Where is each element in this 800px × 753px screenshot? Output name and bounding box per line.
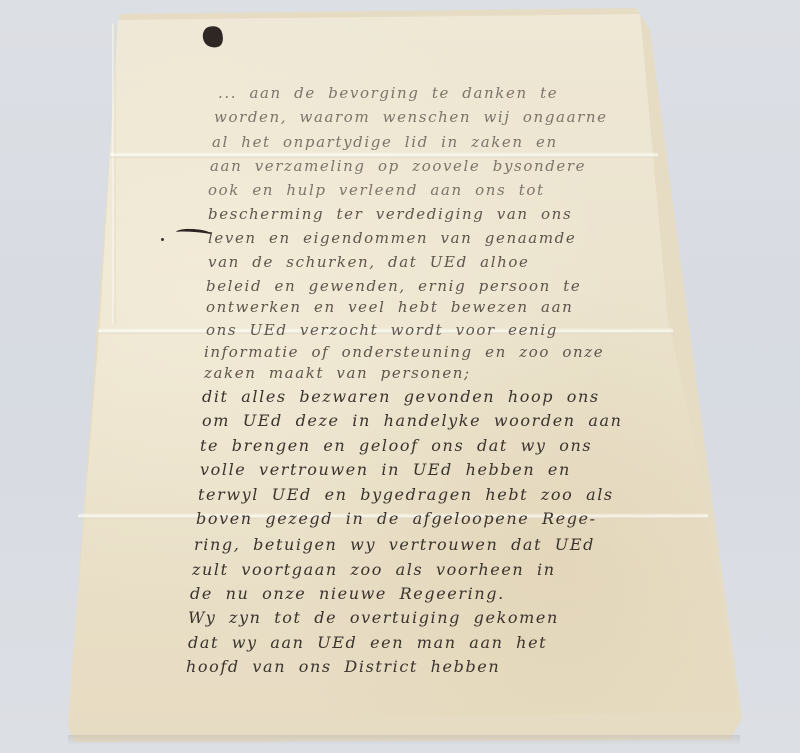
text-line: beleid en gewenden, ernig persoon te xyxy=(206,277,581,295)
text-line: dat wy aan UEd een man aan het xyxy=(188,634,547,652)
text-line: ook en hulp verleend aan ons tot xyxy=(208,181,545,199)
text-line: aan verzameling op zoovele bysondere xyxy=(210,157,586,175)
text-line: ring, betuigen wy vertrouwen dat UEd xyxy=(194,536,595,554)
text-line: van de schurken, dat UEd alhoe xyxy=(208,253,529,271)
text-line: dit alles bezwaren gevonden hoop ons xyxy=(202,388,600,406)
text-line: leven en eigendommen van genaamde xyxy=(208,229,576,247)
handwritten-text: ... aan de bevorging te danken te worden… xyxy=(0,0,800,753)
text-line: al het onpartydige lid in zaken en xyxy=(212,133,558,151)
text-line: Wy zyn tot de overtuiging gekomen xyxy=(188,609,559,627)
text-line: ons UEd verzocht wordt voor eenig xyxy=(206,321,558,339)
text-line: zult voortgaan zoo als voorheen in xyxy=(192,561,556,579)
letter-photograph: ... aan de bevorging te danken te worden… xyxy=(0,0,800,753)
text-line: bescherming ter verdediging van ons xyxy=(208,205,572,223)
text-line: informatie of ondersteuning en zoo onze xyxy=(204,343,604,361)
text-line: hoofd van ons District hebben xyxy=(186,658,500,676)
text-line: volle vertrouwen in UEd hebben en xyxy=(200,461,571,479)
text-line: ... aan de bevorging te danken te xyxy=(218,84,558,102)
text-line: terwyl UEd en bygedragen hebt zoo als xyxy=(198,486,614,504)
text-line: ontwerken en veel hebt bewezen aan xyxy=(206,298,573,316)
text-line: om UEd deze in handelyke woorden aan xyxy=(202,412,623,430)
text-line: zaken maakt van personen; xyxy=(204,364,471,382)
text-line: de nu onze nieuwe Regeering. xyxy=(190,585,505,603)
text-line: worden, waarom wenschen wij ongaarne xyxy=(214,108,608,126)
text-line: boven gezegd in de afgeloopene Rege- xyxy=(196,510,597,528)
text-line: te brengen en geloof ons dat wy ons xyxy=(200,437,592,455)
